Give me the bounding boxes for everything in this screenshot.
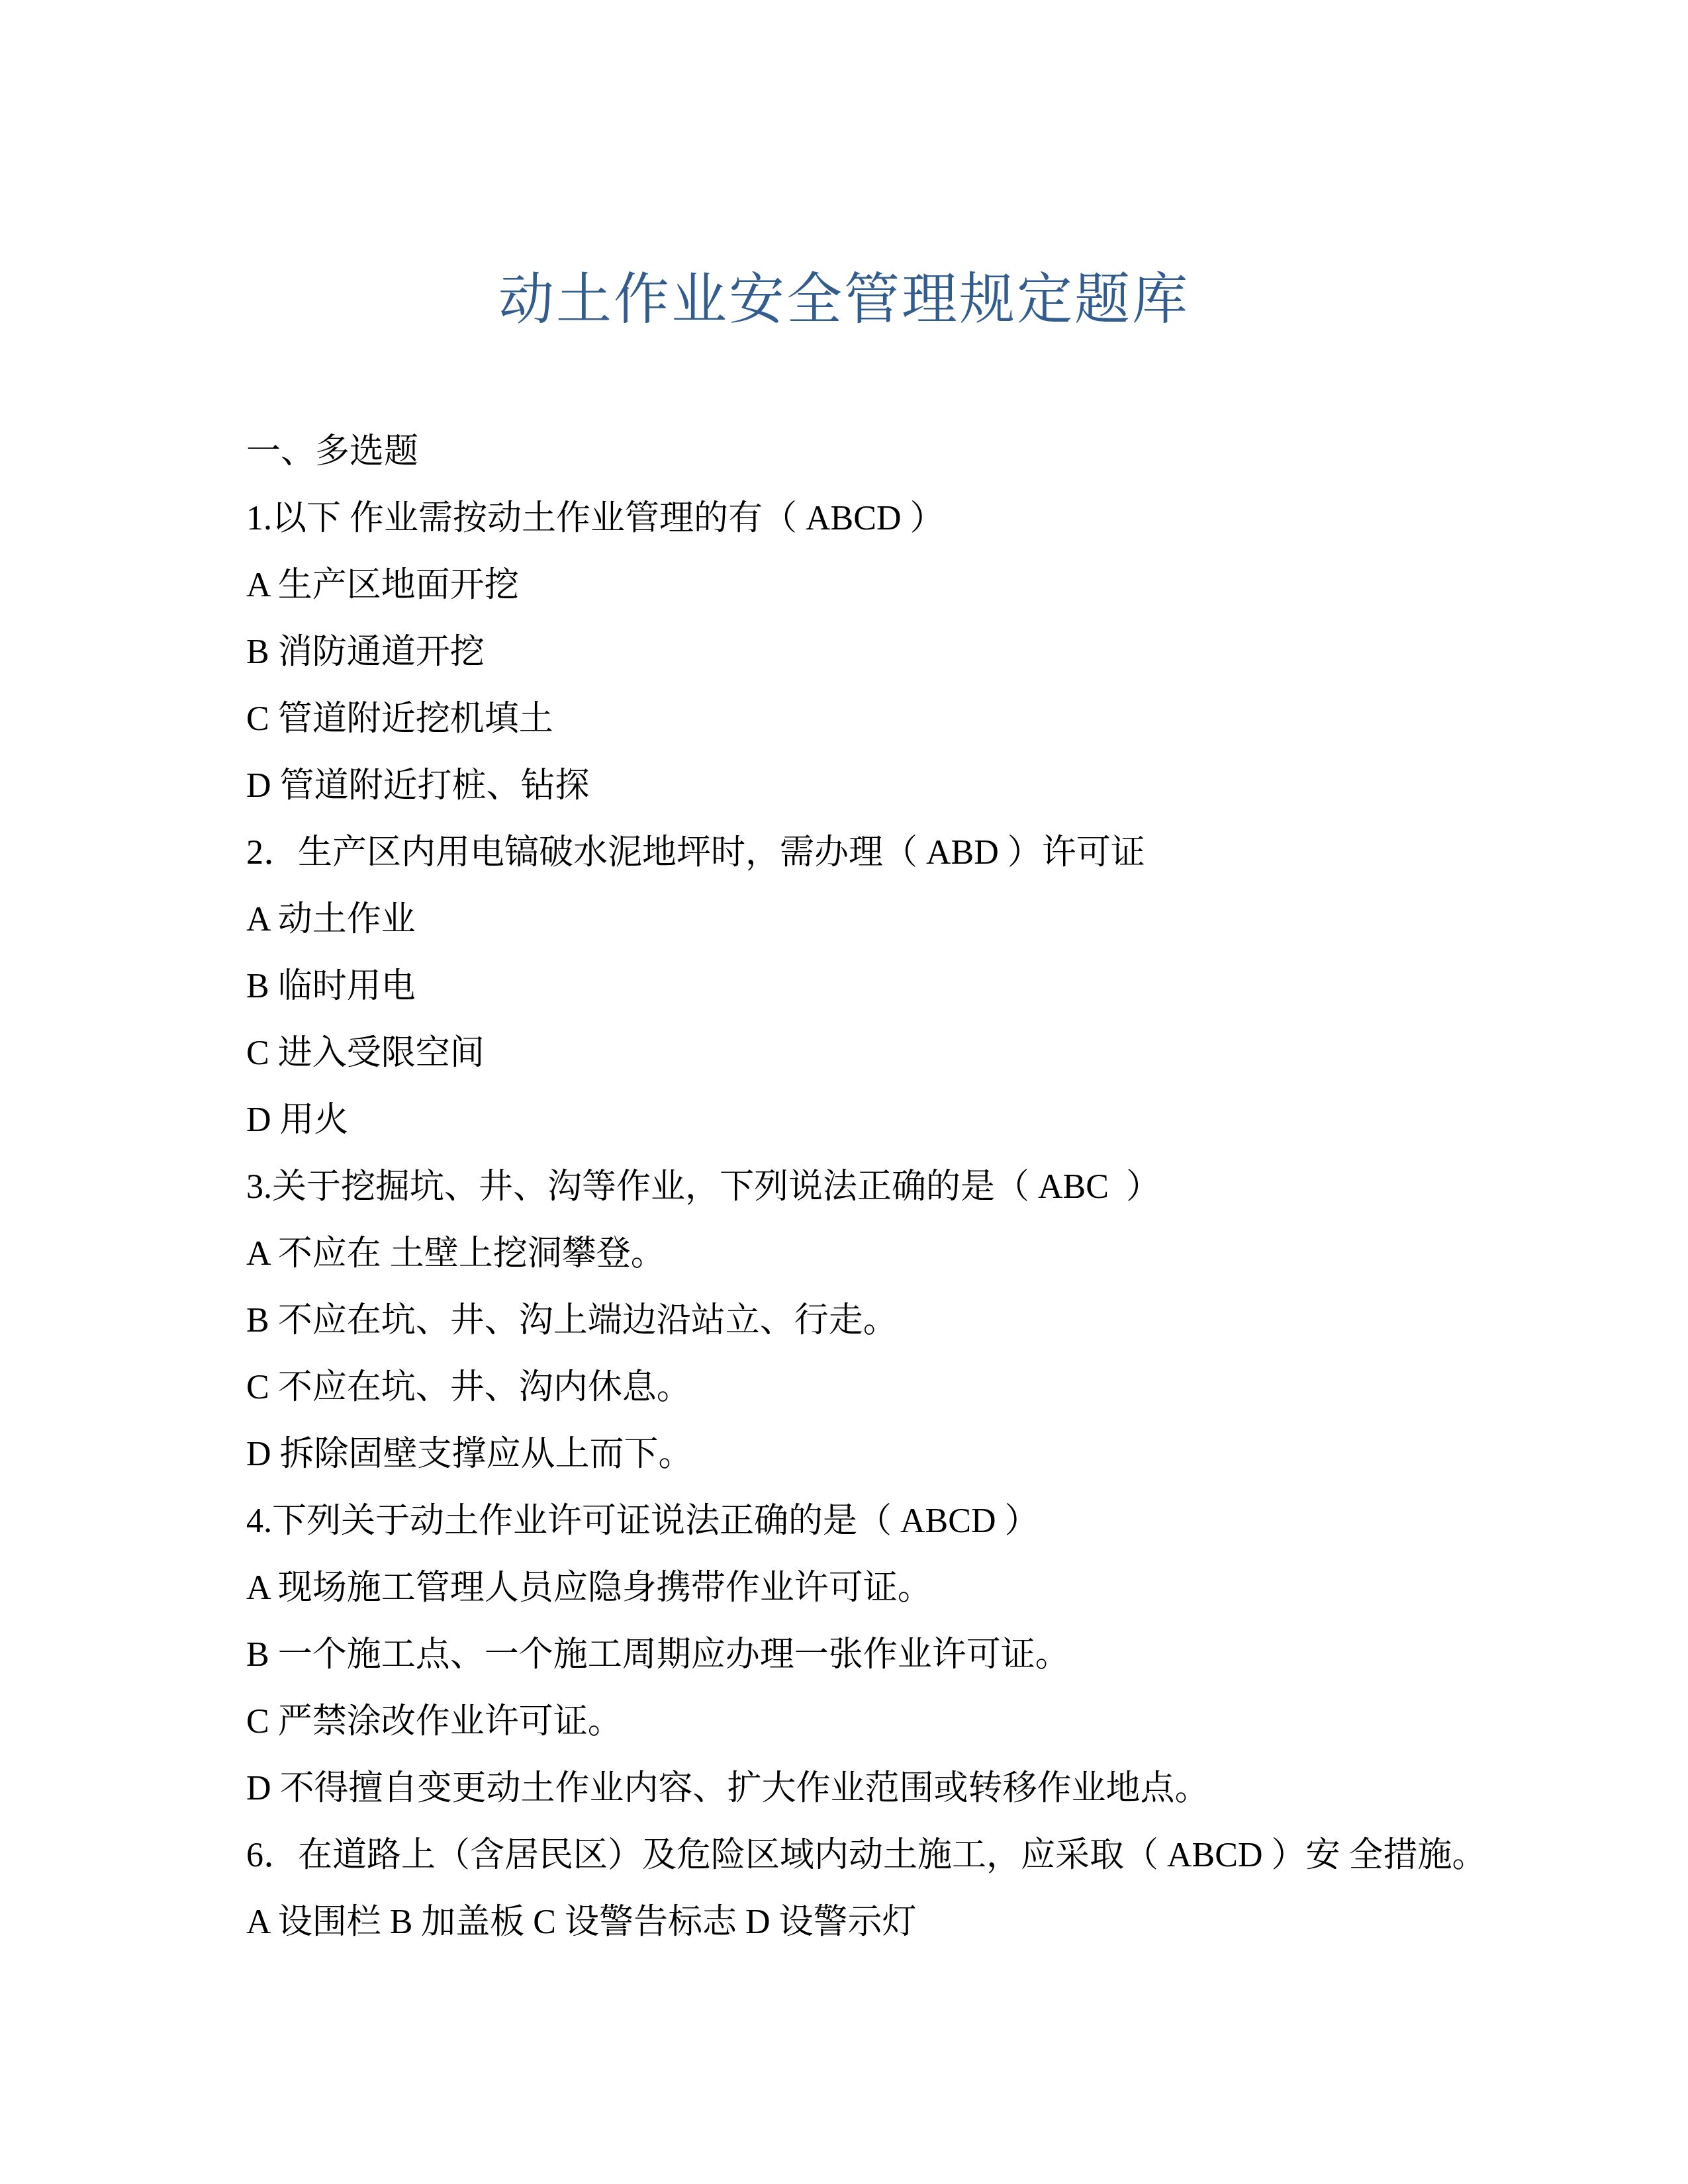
question-4-option-b: B 一个施工点、一个施工周期应办理一张作业许可证。 xyxy=(246,1621,1446,1688)
question-1-option-c: C 管道附近挖机填土 xyxy=(246,686,1446,752)
question-2-option-c: C 进入受限空间 xyxy=(246,1020,1446,1087)
question-1-stem: 1.以下 作业需按动土作业管理的有（ ABCD ） xyxy=(246,485,1446,552)
question-1-option-d: D 管道附近打桩、钻探 xyxy=(246,752,1446,819)
question-1-option-a: A 生产区地面开挖 xyxy=(246,552,1446,619)
question-6-options-row: A 设围栏 B 加盖板 C 设警告标志 D 设警示灯 xyxy=(246,1889,1446,1956)
question-3-option-b: B 不应在坑、井、沟上端边沿站立、行走。 xyxy=(246,1287,1446,1354)
question-3-stem: 3.关于挖掘坑、井、沟等作业，下列说法正确的是（ ABC ） xyxy=(246,1154,1446,1220)
question-4-option-c: C 严禁涂改作业许可证。 xyxy=(246,1688,1446,1755)
section-heading: 一、多选题 xyxy=(246,418,1446,485)
question-1-option-b: B 消防通道开挖 xyxy=(246,619,1446,686)
question-2-option-a: A 动土作业 xyxy=(246,886,1446,953)
question-2-option-d: D 用火 xyxy=(246,1087,1446,1154)
question-4-stem: 4.下列关于动土作业许可证说法正确的是（ ABCD ） xyxy=(246,1488,1446,1555)
question-2-stem: 2．生产区内用电镐破水泥地坪时，需办理（ ABD ）许可证 xyxy=(246,819,1446,886)
document-page: 动土作业安全管理规定题库 一、多选题 1.以下 作业需按动土作业管理的有（ AB… xyxy=(0,0,1688,2184)
question-3-option-c: C 不应在坑、井、沟内休息。 xyxy=(246,1354,1446,1421)
question-3-option-a: A 不应在 土壁上挖洞攀登。 xyxy=(246,1220,1446,1287)
question-2-option-b: B 临时用电 xyxy=(246,953,1446,1020)
question-3-option-d: D 拆除固壁支撑应从上而下。 xyxy=(246,1421,1446,1488)
question-6-stem: 6．在道路上（含居民区）及危险区域内动土施工，应采取（ ABCD ）安 全措施。 xyxy=(246,1822,1446,1889)
question-4-option-a: A 现场施工管理人员应隐身携带作业许可证。 xyxy=(246,1555,1446,1621)
document-body: 一、多选题 1.以下 作业需按动土作业管理的有（ ABCD ） A 生产区地面开… xyxy=(246,418,1446,1956)
document-title: 动土作业安全管理规定题库 xyxy=(0,260,1688,329)
question-4-option-d: D 不得擅自变更动土作业内容、扩大作业范围或转移作业地点。 xyxy=(246,1755,1446,1822)
